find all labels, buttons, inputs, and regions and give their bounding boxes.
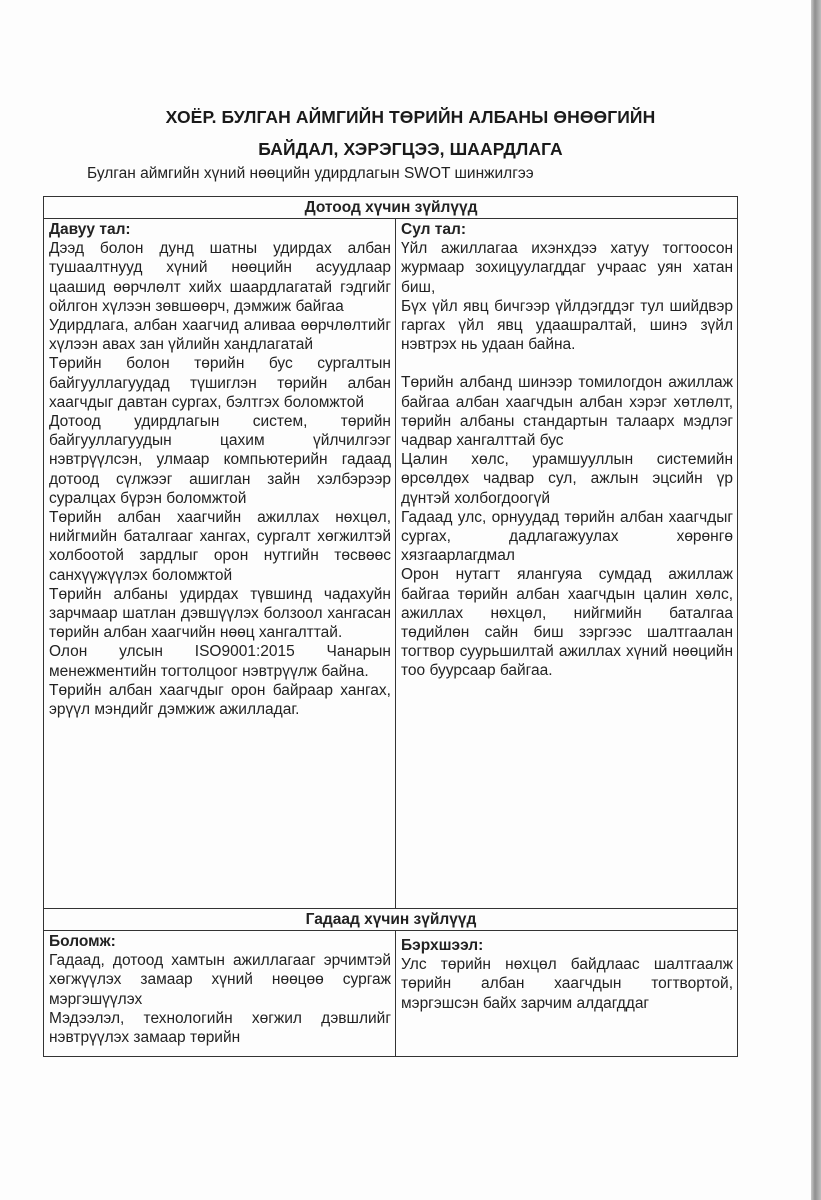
swot-table: Дотоод хүчин зүйлүүд Давуу тал: Дээд бол… (43, 196, 738, 1057)
strength-item: Төрийн болон төрийн бус сургалтын байгуу… (49, 354, 391, 412)
weakness-item: Орон нутагт ялангуяа сумдад ажиллаж байг… (401, 565, 733, 680)
external-header-row: Гадаад хүчин зүйлүүд (44, 909, 738, 931)
internal-header-row: Дотоод хүчин зүйлүүд (44, 197, 738, 219)
strength-item: Олон улсын ISO9001:2015 Чанарын менежмен… (49, 642, 391, 680)
strength-item: Удирдлага, албан хаагчид аливаа өөрчлөлт… (49, 316, 391, 354)
weaknesses-label: Сул тал: (401, 220, 733, 239)
threats-cell: Бэрхшээл: Улс төрийн нөхцөл байдлаас шал… (396, 931, 738, 1057)
weakness-item: Бүх үйл явц бичгээр үйлдэгддэг тул шийдв… (401, 297, 733, 355)
scan-page-edge (811, 0, 821, 1200)
opportunity-item: Мэдээлэл, технологийн хөгжил дэвшлийг нэ… (49, 1009, 391, 1047)
document-title-line-1: ХОЁР. БУЛГАН АЙМГИЙН ТӨРИЙН АЛБАНЫ ӨНӨӨГ… (0, 107, 821, 128)
document-title-line-2: БАЙДАЛ, ХЭРЭГЦЭЭ, ШААРДЛАГА (0, 139, 821, 160)
external-factors-header: Гадаад хүчин зүйлүүд (44, 909, 738, 931)
threats-label: Бэрхшээл: (401, 936, 733, 955)
opportunities-cell: Боломж: Гадаад, дотоод хамтын ажиллагааг… (44, 931, 396, 1057)
weaknesses-cell: Сул тал: Үйл ажиллагаа ихэнхдээ хатуу то… (396, 219, 738, 909)
strengths-cell: Давуу тал: Дээд болон дунд шатны удирдах… (44, 219, 396, 909)
strength-item: Төрийн албан хаагчийн ажиллах нөхцөл, ни… (49, 508, 391, 585)
weakness-item: Цалин хөлс, урамшууллын системийн өрсөлд… (401, 450, 733, 508)
internal-factors-header: Дотоод хүчин зүйлүүд (44, 197, 738, 219)
threat-item: Улс төрийн нөхцөл байдлаас шалтгаалж төр… (401, 955, 733, 1013)
strength-item: Төрийн албан хаагчдыг орон байраар ханга… (49, 681, 391, 719)
weakness-item: Гадаад улс, орнуудад төрийн албан хаагчд… (401, 508, 733, 566)
weakness-item: Төрийн албанд шинээр томилогдон ажиллаж … (401, 373, 733, 450)
strengths-label: Давуу тал: (49, 220, 391, 239)
external-row: Боломж: Гадаад, дотоод хамтын ажиллагааг… (44, 931, 738, 1057)
internal-row: Давуу тал: Дээд болон дунд шатны удирдах… (44, 219, 738, 909)
opportunities-label: Боломж: (49, 932, 391, 951)
spacer (401, 354, 733, 373)
strength-item: Төрийн албаны удирдах түвшинд чадахуйн з… (49, 585, 391, 643)
document-subtitle: Булган аймгийн хүний нөөцийн удирдлагын … (87, 165, 534, 183)
opportunity-item: Гадаад, дотоод хамтын ажиллагааг эрчимтэ… (49, 951, 391, 1009)
strength-item: Дотоод удирдлагын систем, төрийн байгуул… (49, 412, 391, 508)
weakness-item: Үйл ажиллагаа ихэнхдээ хатуу тогтоосон ж… (401, 239, 733, 297)
strength-item: Дээд болон дунд шатны удирдах албан туша… (49, 239, 391, 316)
